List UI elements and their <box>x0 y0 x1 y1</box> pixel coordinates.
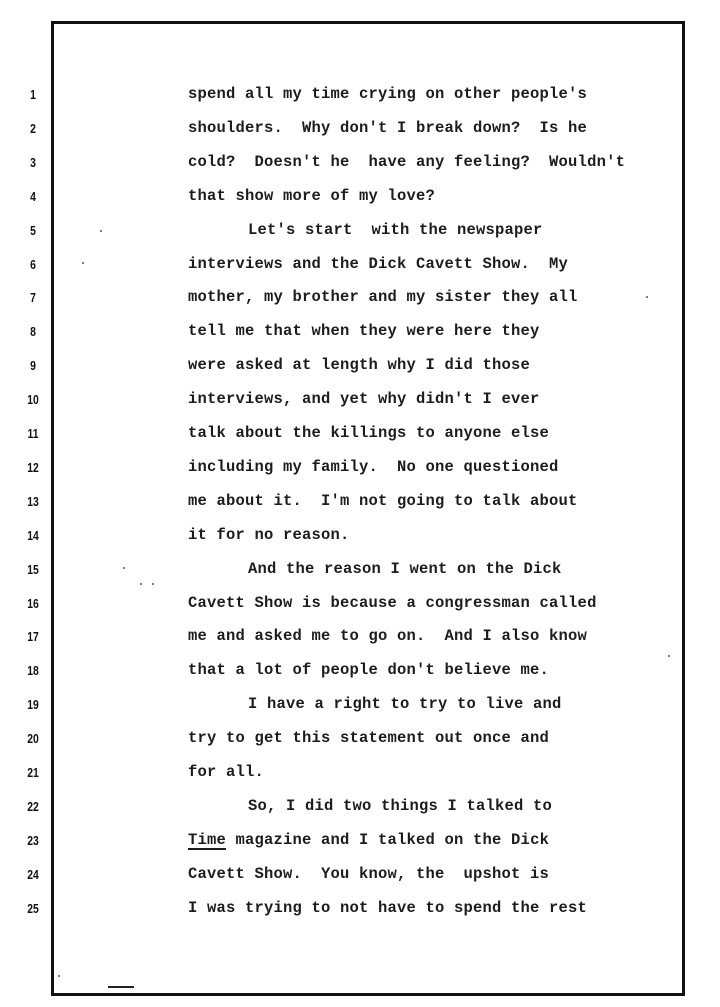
transcript-line: And the reason I went on the Dick <box>248 560 562 578</box>
line-number: 23 <box>24 833 42 848</box>
transcript-line: me and asked me to go on. And I also kno… <box>188 627 587 645</box>
line-number: 5 <box>24 223 42 238</box>
transcript-line: Let's start with the newspaper <box>248 221 543 239</box>
transcript-line: Time magazine and I talked on the Dick <box>188 831 549 849</box>
line-number: 2 <box>24 121 42 136</box>
transcript-line: Cavett Show. You know, the upshot is <box>188 865 549 883</box>
transcript-line: talk about the killings to anyone else <box>188 424 549 442</box>
scan-speck <box>152 583 154 585</box>
scan-speck <box>646 296 648 298</box>
line-number: 6 <box>24 257 42 272</box>
scan-speck <box>668 655 670 657</box>
transcript-line: that a lot of people don't believe me. <box>188 661 549 679</box>
transcript-line: try to get this statement out once and <box>188 729 549 747</box>
line-number: 14 <box>24 528 42 543</box>
line-number: 8 <box>24 324 42 339</box>
line-number: 19 <box>24 697 42 712</box>
line-number: 15 <box>24 562 42 577</box>
line-number: 10 <box>24 392 42 407</box>
transcript-line: spend all my time crying on other people… <box>188 85 587 103</box>
transcript-line: shoulders. Why don't I break down? Is he <box>188 119 587 137</box>
transcript-line: were asked at length why I did those <box>188 356 530 374</box>
transcript-line: I have a right to try to live and <box>248 695 562 713</box>
transcript-line: Cavett Show is because a congressman cal… <box>188 594 597 612</box>
transcript-line: tell me that when they were here they <box>188 322 540 340</box>
transcript-line: that show more of my love? <box>188 187 435 205</box>
transcript-line: mother, my brother and my sister they al… <box>188 288 578 306</box>
line-number: 18 <box>24 663 42 678</box>
transcript-line: interviews, and yet why didn't I ever <box>188 390 540 408</box>
transcript-line: So, I did two things I talked to <box>248 797 552 815</box>
line-number: 3 <box>24 155 42 170</box>
scan-speck <box>140 583 142 585</box>
line-number: 17 <box>24 629 42 644</box>
scan-speck <box>58 975 60 977</box>
scan-speck <box>123 567 125 569</box>
underlined-title: Time <box>188 831 226 849</box>
line-number: 13 <box>24 494 42 509</box>
transcript-line: interviews and the Dick Cavett Show. My <box>188 255 568 273</box>
line-number: 12 <box>24 460 42 475</box>
scan-speck <box>82 262 84 264</box>
transcript-line: cold? Doesn't he have any feeling? Would… <box>188 153 625 171</box>
transcript-line: for all. <box>188 763 264 781</box>
line-number: 21 <box>24 765 42 780</box>
line-number: 4 <box>24 189 42 204</box>
scan-speck <box>100 230 102 232</box>
line-number: 20 <box>24 731 42 746</box>
line-number: 24 <box>24 867 42 882</box>
footer-rule <box>108 986 134 988</box>
transcript-line: it for no reason. <box>188 526 350 544</box>
transcript-line: I was trying to not have to spend the re… <box>188 899 587 917</box>
transcript-line: me about it. I'm not going to talk about <box>188 492 578 510</box>
line-number: 25 <box>24 901 42 916</box>
line-number: 16 <box>24 596 42 611</box>
transcript-line-text: magazine and I talked on the Dick <box>226 831 549 849</box>
line-number: 1 <box>24 87 42 102</box>
line-number: 9 <box>24 358 42 373</box>
line-number: 22 <box>24 799 42 814</box>
line-number: 7 <box>24 290 42 305</box>
line-number: 11 <box>24 426 42 441</box>
transcript-line: including my family. No one questioned <box>188 458 559 476</box>
